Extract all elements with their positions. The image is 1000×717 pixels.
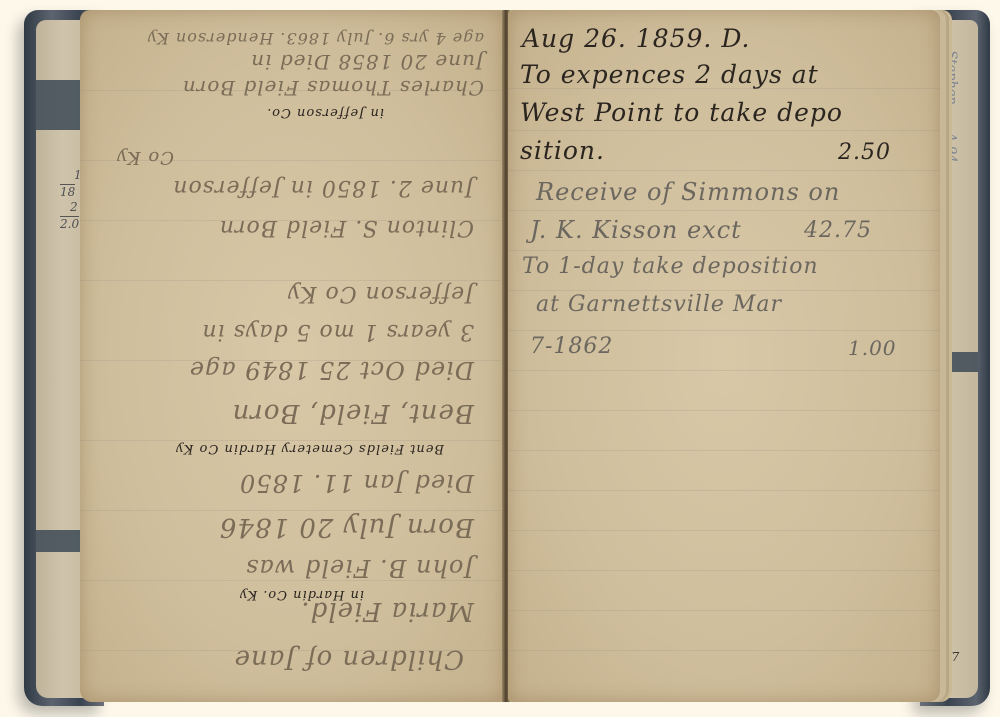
handwritten-line: Children of Jane bbox=[234, 644, 464, 674]
handwritten-note: Bent Fields Cemetery Hardin Co Ky bbox=[175, 441, 444, 456]
pencil-note: Stephen bbox=[944, 50, 959, 105]
ledger-line: To expences 2 days at bbox=[520, 60, 819, 89]
margin-note: 2.0 bbox=[60, 216, 79, 231]
handwritten-note: in Jefferson Co. bbox=[266, 105, 384, 120]
open-notebook: 1 18 2 2.0 6/14 Stephen A 94 5/7 Childre… bbox=[24, 6, 990, 712]
handwritten-line: John B. Field was bbox=[245, 554, 474, 582]
handwritten-line: Died Jan 11. 1850 bbox=[239, 469, 474, 497]
handwritten-note: in Hardin Co. Ky bbox=[239, 587, 364, 602]
handwritten-line: Born July 20 1846 bbox=[219, 512, 474, 542]
pencil-note: A 94 bbox=[944, 132, 959, 162]
handwritten-line: Co Ky bbox=[116, 147, 174, 168]
handwritten-line: 3 years 1 mo 5 days in bbox=[201, 319, 474, 344]
ledger-line: J. K. Kisson exct bbox=[530, 216, 742, 244]
ledger-line: Aug 26. 1859. D. bbox=[522, 24, 750, 53]
ledger-amount: 1.00 bbox=[848, 336, 897, 360]
handwritten-line: Clinton S. Field Born bbox=[219, 215, 474, 240]
ledger-amount: 42.75 bbox=[804, 218, 872, 243]
margin-note: 18 bbox=[60, 184, 75, 199]
upside-down-entries: Children of Jane Maria Field. John B. Fi… bbox=[80, 10, 504, 702]
handwritten-line: June 2. 1850 in Jefferson bbox=[172, 175, 474, 200]
ledger-line: To 1-day take deposition bbox=[522, 254, 819, 279]
handwritten-line: Died Oct 25 1849 age bbox=[189, 356, 474, 384]
ledger-amount: 2.50 bbox=[838, 140, 891, 165]
ledger-line: Receive of Simmons on bbox=[536, 178, 840, 206]
margin-note: 2 bbox=[70, 200, 78, 214]
handwritten-line: age 4 yrs 6. July 1863. Henderson Ky bbox=[147, 29, 484, 48]
handwritten-line: Jefferson Co Ky bbox=[287, 281, 474, 306]
handwritten-line: Charles Thomas Field Born bbox=[182, 76, 484, 100]
left-page: Children of Jane Maria Field. John B. Fi… bbox=[80, 10, 504, 702]
ledger-line: at Garnettsville Mar bbox=[536, 292, 782, 317]
right-page: Aug 26. 1859. D. To expences 2 days at W… bbox=[508, 10, 940, 702]
margin-note: 5/7 bbox=[940, 650, 959, 664]
handwritten-line: June 20 1858 Died in bbox=[250, 50, 484, 74]
ledger-line: West Point to take depo bbox=[520, 98, 843, 127]
handwritten-line: Bent, Field, Born bbox=[232, 398, 474, 428]
ledger-line: sition. bbox=[520, 136, 605, 165]
ledger-line: 7-1862 bbox=[530, 334, 613, 359]
